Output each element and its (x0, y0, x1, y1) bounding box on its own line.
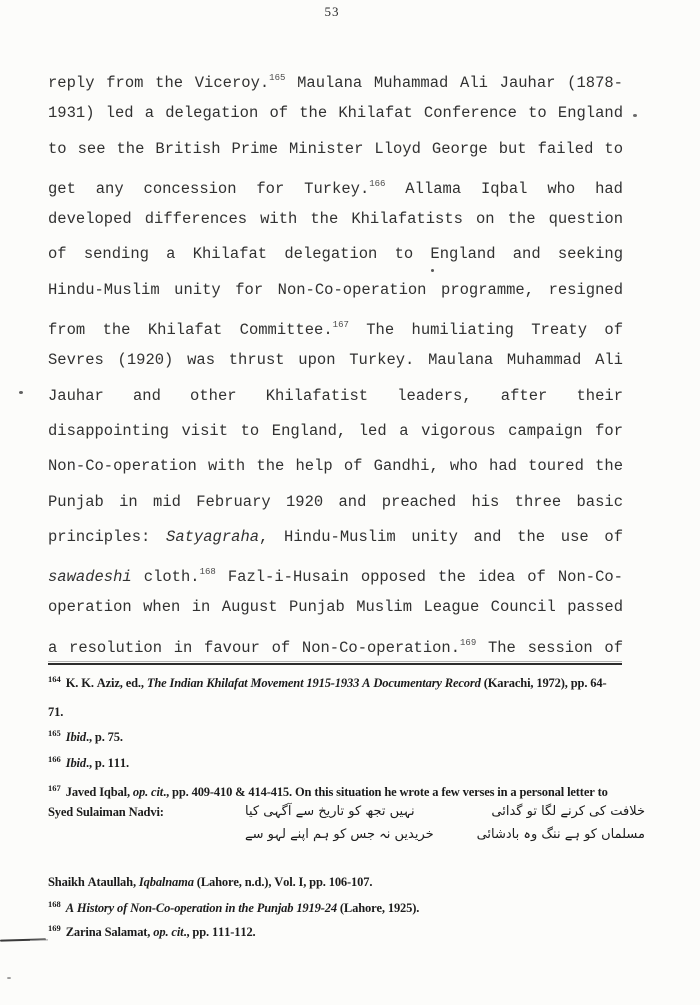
ink-speck-above-programme (431, 269, 434, 272)
body-line: developed differences with the Khilafati… (48, 202, 623, 237)
text-run: 71. (48, 705, 63, 719)
footnote-number: 168 (48, 899, 63, 909)
body-line: Jauhar and other Khilafatist leaders, af… (48, 379, 623, 414)
body-line: a resolution in favour of Non-Co-operati… (48, 626, 623, 661)
nadvi-label: Syed Sulaiman Nadvi: (48, 804, 164, 821)
text-run: ., pp. 409-410 & 414-415. On this situat… (163, 785, 608, 799)
text-run: a resolution in favour of Non-Co-operati… (48, 639, 460, 657)
text-run: ., p. 111. (86, 756, 129, 770)
text-run: Jauhar and other Khilafatist leaders, af… (48, 387, 623, 405)
footnote-line: 168 A History of Non-Co-operation in the… (48, 896, 622, 917)
footnote-line: 164 K. K. Aziz, ed., The Indian Khilafat… (48, 671, 622, 692)
ink-speck-bottom-left (7, 977, 11, 979)
text-run: sawadeshi (48, 568, 132, 586)
text-run: (Lahore, n.d.), Vol. I, pp. 106-107. (194, 875, 373, 889)
text-run: Punjab in mid February 1920 and preached… (48, 493, 623, 511)
text-run: Ibid (66, 730, 86, 744)
urdu-hemistich-left: نہیں تجھ کو تاریخ سے آگہی کیا (245, 800, 415, 823)
footnotes-after: Shaikh Ataullah, Iqbalnama (Lahore, n.d.… (48, 874, 622, 941)
text-run: Fazl-i-Husain opposed the idea of Non-Co… (216, 568, 623, 586)
body-line: to see the British Prime Minister Lloyd … (48, 132, 623, 167)
text-run: disappointing visit to England, led a vi… (48, 422, 623, 440)
footnote-number: 169 (48, 923, 63, 933)
footnote-line: 166 Ibid., p. 111. (48, 751, 622, 772)
footnote-number: 167 (333, 320, 349, 330)
body-line: from the Khilafat Committee.167 The humi… (48, 308, 623, 343)
ink-speck-after-england (633, 114, 637, 117)
footnote-line: 71. (48, 704, 622, 721)
footnote-separator (48, 663, 622, 665)
body-line: get any concession for Turkey.166 Allama… (48, 167, 623, 202)
text-run: Satyagraha (166, 528, 259, 546)
footnote-number: 166 (369, 179, 385, 189)
text-run: Ibid (66, 756, 86, 770)
body-line: reply from the Viceroy.165 Maulana Muham… (48, 61, 623, 96)
urdu-hemistich-right: خلافت کی کرنے لگا تو گدائی (491, 800, 645, 823)
text-run: Sevres (1920) was thrust upon Turkey. Ma… (48, 351, 623, 369)
urdu-verse-line: نہیں تجھ کو تاریخ سے آگہی کیاخلافت کی کر… (245, 800, 645, 823)
page-number: 53 (0, 4, 664, 20)
urdu-verse: نہیں تجھ کو تاریخ سے آگہی کیاخلافت کی کر… (245, 800, 645, 846)
footnote-line: 165 Ibid., p. 75. (48, 725, 622, 746)
body-line: Sevres (1920) was thrust upon Turkey. Ma… (48, 343, 623, 378)
text-run: developed differences with the Khilafati… (48, 210, 623, 228)
footnote-line: Shaikh Ataullah, Iqbalnama (Lahore, n.d.… (48, 874, 622, 891)
text-run: from the Khilafat Committee. (48, 321, 333, 339)
ink-speck-left-margin (19, 391, 23, 394)
text-run: A History of Non-Co-operation in the Pun… (66, 901, 337, 915)
body-line: principles: Satyagraha, Hindu-Muslim uni… (48, 520, 623, 555)
body-line: Hindu-Muslim unity for Non-Co-operation … (48, 273, 623, 308)
text-run: ., p. 75. (86, 730, 123, 744)
text-run: ., pp. 111-112. (183, 925, 255, 939)
footnote-number: 169 (460, 638, 476, 648)
body-line: disappointing visit to England, led a vi… (48, 414, 623, 449)
footnote-line: 167 Javed Iqbal, op. cit., pp. 409-410 &… (48, 780, 622, 801)
urdu-hemistich-left: خریدیں نہ جس کو ہم اپنے لہو سے (245, 823, 434, 846)
footnotes-section: 164 K. K. Aziz, ed., The Indian Khilafat… (48, 671, 622, 941)
footnote-number: 164 (48, 674, 63, 684)
body-line: Non-Co-operation with the help of Gandhi… (48, 449, 623, 484)
text-run: to see the British Prime Minister Lloyd … (48, 140, 623, 158)
text-run: Javed Iqbal, (63, 785, 133, 799)
body-line: sawadeshi cloth.168 Fazl-i-Husain oppose… (48, 555, 623, 590)
text-run: cloth. (132, 568, 200, 586)
text-run: op. cit (133, 785, 163, 799)
text-run: Maulana Muhammad Ali Jauhar (1878- (285, 74, 623, 92)
text-run: Zarina Salamat, (63, 925, 154, 939)
scan-dash-bottom-left (0, 938, 46, 941)
text-run: of sending a Khilafat delegation to Engl… (48, 245, 623, 263)
footnote-number: 166 (48, 754, 63, 764)
footnote-number: 165 (48, 728, 63, 738)
text-run: operation when in August Punjab Muslim L… (48, 598, 623, 616)
text-run: Shaikh Ataullah, (48, 875, 139, 889)
urdu-verse-line: خریدیں نہ جس کو ہم اپنے لہو سےمسلماں کو … (245, 823, 645, 846)
text-run: Allama Iqbal who had (385, 180, 623, 198)
text-run: The Indian Khilafat Movement 1915-1933 A… (147, 676, 481, 690)
footnote-number: 165 (269, 73, 285, 83)
text-run: reply from the Viceroy. (48, 74, 269, 92)
text-run: The session of (476, 639, 623, 657)
text-run: get any concession for Turkey. (48, 180, 369, 198)
text-run: (Lahore, 1925). (337, 901, 419, 915)
body-line: 1931) led a delegation of the Khilafat C… (48, 96, 623, 131)
text-run: The humiliating Treaty of (349, 321, 623, 339)
text-run: principles: (48, 528, 166, 546)
body-line: operation when in August Punjab Muslim L… (48, 590, 623, 625)
text-run: op. cit (153, 925, 183, 939)
text-run: , Hindu-Muslim unity and the use of (259, 528, 623, 546)
text-run: Iqbalnama (139, 875, 194, 889)
scanned-book-page: 53 reply from the Viceroy.165 Maulana Mu… (0, 0, 700, 1005)
text-run: Non-Co-operation with the help of Gandhi… (48, 457, 623, 475)
body-line: Punjab in mid February 1920 and preached… (48, 485, 623, 520)
text-run: 1931) led a delegation of the Khilafat C… (48, 104, 623, 122)
body-text: reply from the Viceroy.165 Maulana Muham… (48, 61, 623, 661)
footnote-line: 169 Zarina Salamat, op. cit., pp. 111-11… (48, 920, 622, 941)
footnote-number: 167 (48, 783, 63, 793)
text-run: (Karachi, 1972), pp. 64- (481, 676, 607, 690)
footnotes-before: 164 K. K. Aziz, ed., The Indian Khilafat… (48, 671, 622, 801)
text-run: Hindu-Muslim unity for Non-Co-operation … (48, 281, 623, 299)
urdu-hemistich-right: مسلماں کو ہے ننگ وہ بادشائی (477, 823, 645, 846)
body-line: of sending a Khilafat delegation to Engl… (48, 237, 623, 272)
footnote-number: 168 (200, 567, 216, 577)
text-run: K. K. Aziz, ed., (63, 676, 147, 690)
footnote-167-continuation: Syed Sulaiman Nadvi: نہیں تجھ کو تاریخ س… (48, 804, 622, 850)
